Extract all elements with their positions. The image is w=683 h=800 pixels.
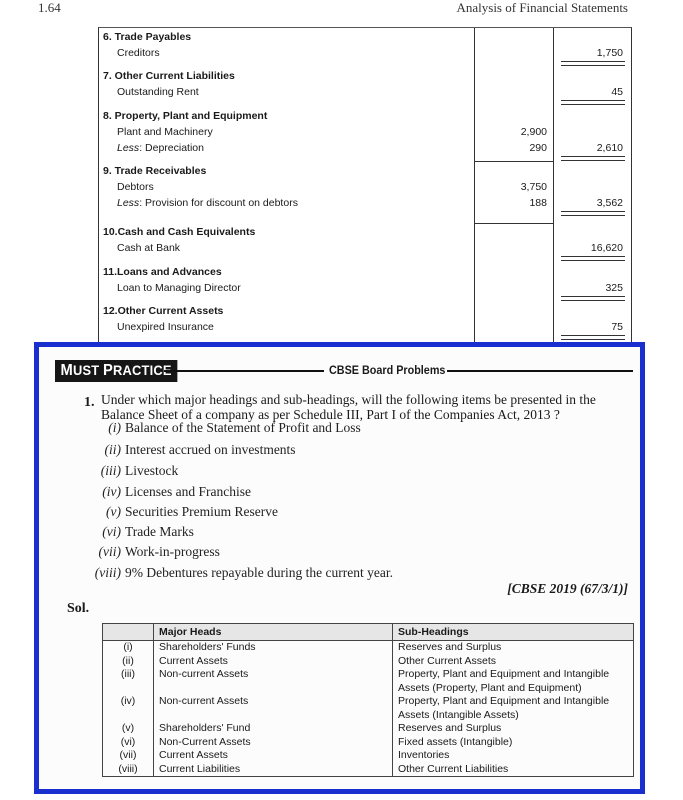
sub-amount: 188 [474,197,547,209]
major-head: Current Assets [154,749,393,763]
solution-table: Major Heads Sub-Headings (i)Shareholders… [102,623,634,777]
double-underline [561,211,625,216]
chapter-title: Analysis of Financial Statements [456,0,628,16]
major-head: Shareholders' Fund [154,722,393,736]
double-underline [561,156,625,161]
solution-label: Sol. [67,601,89,617]
header-major-heads: Major Heads [154,624,393,641]
major-head: Non-current Assets [154,695,393,722]
question-option: (vii)Work-in-progress [89,544,220,560]
double-underline [561,61,625,66]
sub-heading: Fixed assets (Intangible) [393,736,634,750]
question-option: (ii)Interest accrued on investments [89,442,296,458]
sub-heading: Reserves and Surplus [393,722,634,736]
row-numeral: (iii) [103,668,154,695]
major-head: Non-current Assets [154,668,393,695]
line-item: Outstanding Rent [117,86,199,98]
double-underline [561,296,625,301]
citation: [CBSE 2019 (67/3/1)] [507,581,628,597]
sub-amount: 290 [474,142,547,154]
row-numeral: (vi) [103,736,154,750]
rule-line [164,370,324,372]
double-underline [561,256,625,261]
question-option: (iv)Licenses and Franchise [89,484,251,500]
line-item: Plant and Machinery [117,126,213,138]
major-head: Shareholders' Funds [154,641,393,655]
table-row: (iv)Non-current AssetsProperty, Plant an… [103,695,634,722]
row-numeral: (vii) [103,749,154,763]
total-amount: 1,750 [559,47,623,59]
line-item: Less: Provision for discount on debtors [117,197,298,209]
row-numeral: (viii) [103,763,154,777]
rule-line [447,370,633,372]
section-heading: 6. Trade Payables [103,31,191,43]
table-row: (vi)Non-Current AssetsFixed assets (Inta… [103,736,634,750]
line-item: Cash at Bank [117,242,180,254]
table-row: (i)Shareholders' FundsReserves and Surpl… [103,641,634,655]
table-row: (vii)Current AssetsInventories [103,749,634,763]
major-head: Current Liabilities [154,763,393,777]
header-numeral [103,624,154,641]
section-heading: 8. Property, Plant and Equipment [103,110,267,122]
question-text: Under which major headings and sub-headi… [101,392,636,422]
section-heading: 10.Cash and Cash Equivalents [103,226,255,238]
sub-amount: 2,900 [474,126,547,138]
table-row: (v)Shareholders' FundReserves and Surplu… [103,722,634,736]
line-item: Unexpired Insurance [117,321,214,333]
question-option: (viii)9% Debentures repayable during the… [89,565,393,581]
major-head: Current Assets [154,655,393,669]
question-option: (iii)Livestock [89,463,178,479]
row-numeral: (v) [103,722,154,736]
section-heading: 9. Trade Receivables [103,165,206,177]
row-numeral: (iv) [103,695,154,722]
total-amount: 45 [559,86,623,98]
question-option: (v)Securities Premium Reserve [89,504,278,520]
sub-heading: Property, Plant and Equipment and Intang… [393,695,634,722]
section-heading: 11.Loans and Advances [103,266,222,278]
question-option: (vi)Trade Marks [89,524,194,540]
sub-heading: Other Current Liabilities [393,763,634,777]
total-amount: 3,562 [559,197,623,209]
line-item: Creditors [117,47,160,59]
section-heading: 7. Other Current Liabilities [103,70,235,82]
sub-amount: 3,750 [474,181,547,193]
header-sub-headings: Sub-Headings [393,624,634,641]
question-number: 1. [84,395,95,411]
sub-heading: Other Current Assets [393,655,634,669]
sub-heading: Inventories [393,749,634,763]
total-amount: 75 [559,321,623,333]
line-item: Loan to Managing Director [117,282,241,294]
table-row: (viii)Current LiabilitiesOther Current L… [103,763,634,777]
section-subtitle: CBSE Board Problems [329,363,445,377]
must-practice-tag: MUST PRACTICE [55,360,177,382]
total-amount: 325 [559,282,623,294]
line-item: Debtors [117,181,154,193]
page-number: 1.64 [38,0,61,16]
question-option: (i)Balance of the Statement of Profit an… [89,420,361,436]
line-item: Less: Depreciation [117,142,204,154]
row-numeral: (i) [103,641,154,655]
sub-heading: Reserves and Surplus [393,641,634,655]
must-practice-box: MUST PRACTICE CBSE Board Problems 1. Und… [34,342,645,794]
notes-table: 6. Trade PayablesCreditors1,7507. Other … [98,27,632,346]
table-row: (iii)Non-current AssetsProperty, Plant a… [103,668,634,695]
total-amount: 2,610 [559,142,623,154]
total-amount: 16,620 [559,242,623,254]
row-numeral: (ii) [103,655,154,669]
table-row: (ii)Current AssetsOther Current Assets [103,655,634,669]
double-underline [561,100,625,105]
major-head: Non-Current Assets [154,736,393,750]
double-underline [561,335,625,340]
section-heading: 12.Other Current Assets [103,305,223,317]
sub-heading: Property, Plant and Equipment and Intang… [393,668,634,695]
